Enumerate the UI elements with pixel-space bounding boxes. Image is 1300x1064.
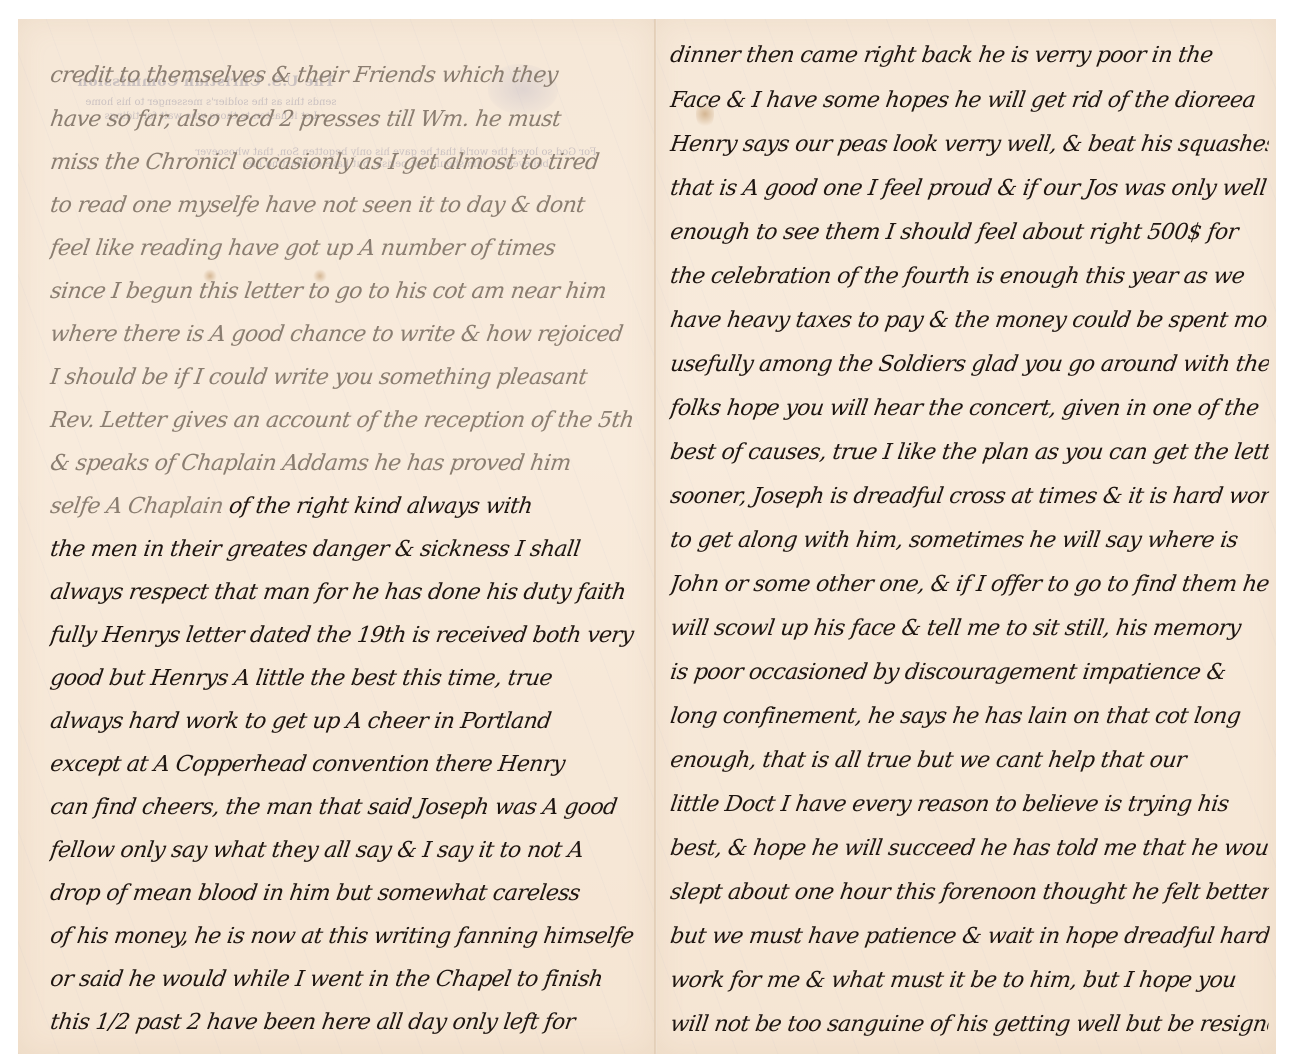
handwritten-line: usefully among the Soldiers glad you go … — [668, 348, 1271, 382]
left-page-text: credit to themselves & their Friends whi… — [18, 19, 654, 1054]
handwritten-line: long confinement, he says he has lain on… — [668, 700, 1271, 734]
handwritten-line: feel like reading have got up A number o… — [48, 232, 647, 266]
left-page: The U.S. Christian Commission sends this… — [18, 19, 655, 1054]
handwritten-line: or said he would while I went in the Cha… — [48, 963, 647, 997]
handwritten-line: always hard work to get up A cheer in Po… — [48, 705, 647, 739]
handwritten-line: the men in their greates danger & sickne… — [48, 533, 647, 567]
handwritten-line: & speaks of Chaplain Addams he has prove… — [48, 447, 647, 481]
handwritten-line: Face & I have some hopes he will get rid… — [668, 84, 1271, 118]
handwritten-line: little Doct I have every reason to belie… — [668, 788, 1271, 822]
handwritten-line: except at A Copperhead convention there … — [48, 748, 647, 782]
handwritten-line: folks hope you will hear the concert, gi… — [668, 392, 1271, 426]
handwritten-line-mixed-ink: selfe A Chaplain of the right kind alway… — [48, 490, 647, 524]
handwritten-line: Rev. Letter gives an account of the rece… — [48, 404, 647, 438]
handwritten-line: to get along with him, sometimes he will… — [668, 524, 1271, 558]
handwritten-line: will not be too sanguine of his getting … — [668, 1008, 1271, 1042]
handwritten-line: enough to see them I should feel about r… — [668, 216, 1271, 250]
right-page-text: dinner then came right back he is verry … — [656, 19, 1276, 1054]
handwritten-line: will scowl up his face & tell me to sit … — [668, 612, 1271, 646]
handwritten-line: fellow only say what they all say & I sa… — [48, 834, 647, 868]
faded-ink-segment: selfe A Chaplain — [49, 494, 231, 519]
handwritten-line: have heavy taxes to pay & the money coul… — [668, 304, 1271, 338]
handwritten-line: can find cheers, the man that said Josep… — [48, 791, 647, 825]
handwritten-line: to read one myselfe have not seen it to … — [48, 189, 647, 223]
handwritten-line: since I begun this letter to go to his c… — [48, 275, 647, 309]
handwritten-line: miss the Chronicl occasionly as I get al… — [48, 146, 647, 180]
handwritten-line: but we must have patience & wait in hope… — [668, 920, 1271, 954]
letter-sheet: The U.S. Christian Commission sends this… — [18, 19, 1276, 1054]
handwritten-line: Henry says our peas look verry well, & b… — [668, 128, 1271, 162]
handwritten-line: drop of mean blood in him but somewhat c… — [48, 877, 647, 911]
right-page: dinner then came right back he is verry … — [655, 19, 1276, 1054]
handwritten-line: enough, that is all true but we cant hel… — [668, 744, 1271, 778]
handwritten-line: work for me & what must it be to him, bu… — [668, 964, 1271, 998]
handwritten-line: credit to themselves & their Friends whi… — [48, 59, 647, 93]
handwritten-line: that is A good one I feel proud & if our… — [668, 172, 1271, 206]
handwritten-line: the celebration of the fourth is enough … — [668, 260, 1271, 294]
handwritten-line: best of causes, true I like the plan as … — [668, 436, 1271, 470]
handwritten-line: John or some other one, & if I offer to … — [668, 568, 1271, 602]
handwritten-line: fully Henrys letter dated the 19th is re… — [48, 619, 647, 653]
handwritten-line: this 1/2 past 2 have been here all day o… — [48, 1006, 647, 1040]
page-fold — [655, 19, 657, 1054]
handwritten-line: best, & hope he will succeed he has told… — [668, 832, 1271, 866]
handwritten-line: I should be if I could write you somethi… — [48, 361, 647, 395]
handwritten-line: is poor occasioned by discouragement imp… — [668, 656, 1271, 690]
handwritten-line: of his money, he is now at this writing … — [48, 920, 647, 954]
handwritten-line: slept about one hour this forenoon thoug… — [668, 876, 1271, 910]
handwritten-line: good but Henrys A little the best this t… — [48, 662, 647, 696]
handwritten-line: dinner then came right back he is verry … — [668, 39, 1271, 73]
dark-ink-segment: of the right kind always with — [227, 494, 533, 519]
handwritten-line: where there is A good chance to write & … — [48, 318, 647, 352]
handwritten-line: have so far, also recd 2 presses till Wm… — [48, 103, 647, 137]
handwritten-line: always respect that man for he has done … — [48, 576, 647, 610]
handwritten-line: sooner, Joseph is dreadful cross at time… — [668, 480, 1271, 514]
